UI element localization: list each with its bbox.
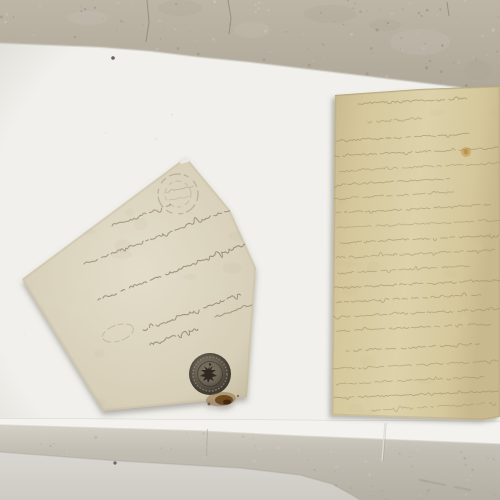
stone-ledge	[0, 419, 500, 500]
speck-dot	[111, 56, 115, 60]
photo-scene	[0, 0, 500, 500]
speck-dot	[113, 461, 116, 464]
handwritten-letter	[332, 86, 500, 420]
museum-photo	[0, 0, 500, 500]
postal-seal	[189, 353, 231, 395]
